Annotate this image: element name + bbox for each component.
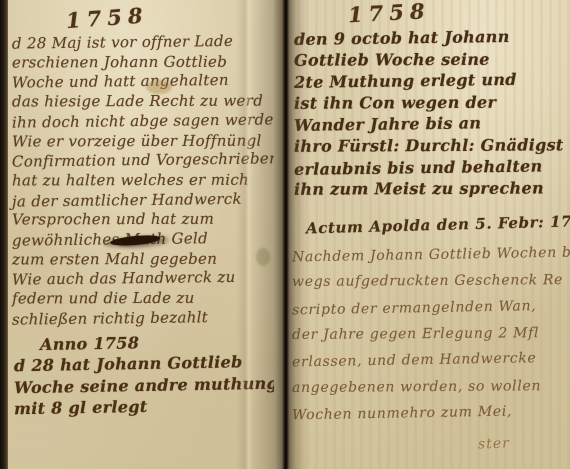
manuscript-line: ja der samtlicher Handwerck [12, 189, 272, 212]
manuscript-line: federn und die Lade zu [12, 289, 272, 310]
manuscript-line: d 28 Maj ist vor offner Lade [12, 31, 272, 54]
manuscript-photo: 1758 d 28 Maj ist vor offner Lade erschi… [0, 0, 570, 469]
manuscript-line: Versprochen und hat zum [12, 210, 272, 231]
manuscript-line: Wander Jahre bis an [294, 111, 570, 136]
actum-dateline: Actum Apolda den 5. Febr: 1759 [306, 212, 566, 237]
manuscript-line: Gottlieb Woche seine [294, 48, 570, 71]
manuscript-line: ihn doch nicht abge sagen werden [12, 110, 272, 133]
manuscript-line: Woche und hatt angehalten [12, 71, 272, 94]
left-page: 1758 d 28 Maj ist vor offner Lade erschi… [8, 0, 274, 469]
right-page: 1758 den 9 octob hat Johann Gottlieb Woc… [288, 0, 570, 469]
manuscript-line: ihn zum Meist zu sprechen [294, 177, 570, 200]
manuscript-line: Wochen nunmehro zum Mei, [292, 398, 570, 429]
manuscript-line: ihro Fürstl: Durchl: Gnädigst [294, 134, 570, 157]
manuscript-line: der Jahre gegen Erlegung 2 Mfl [292, 320, 570, 348]
manuscript-line: Nachdem Johann Gottlieb Wochen bes [292, 239, 570, 270]
manuscript-line: Wie auch das Handwerck zu [12, 268, 272, 291]
manuscript-line: hat zu halten welches er mich [12, 170, 272, 191]
manuscript-line: erlaubnis bis und behalten [294, 155, 570, 180]
paper-stain [256, 248, 270, 266]
right-entry-text: den 9 octob hat Johann Gottlieb Woche se… [288, 25, 570, 200]
manuscript-line: den 9 octob hat Johann [294, 25, 570, 50]
manuscript-line: das hiesige Lade Recht zu werd [12, 92, 272, 113]
right-resolution-text: Nachdem Johann Gottlieb Wochen bes wegs … [288, 238, 570, 427]
right-year-heading: 1758 [347, 0, 438, 27]
left-year-heading: 1758 [65, 2, 157, 33]
manuscript-line: erschienen Johann Gottlieb [12, 52, 272, 73]
manuscript-line: angegebenen worden, so wollen [292, 373, 570, 401]
left-entry-text: d 28 Maj ist vor offner Lade erschienen … [8, 32, 274, 329]
manuscript-line: schließen richtig bezahlt [12, 307, 272, 330]
manuscript-line: erlassen, und dem Handwercke [292, 345, 570, 376]
manuscript-line: Confirmation und Vorgeschrieben [12, 150, 272, 173]
manuscript-line: Wie er vorzeige über Hoffnüngl [12, 131, 272, 152]
manuscript-line: wegs aufgedruckten Geschenck Re [292, 267, 570, 295]
catchword: ster [478, 435, 510, 452]
manuscript-line: 2te Muthung erlegt und [294, 68, 570, 93]
paper-stain [146, 80, 172, 94]
left-second-entry: Anno 1758 d 28 hat Johann Gottlieb Woche… [8, 329, 274, 418]
manuscript-line: zum ersten Mahl gegeben [12, 249, 272, 270]
manuscript-line: mit 8 gl erlegt [14, 394, 272, 420]
manuscript-line: scripto der ermangelnden Wan, [292, 292, 570, 323]
